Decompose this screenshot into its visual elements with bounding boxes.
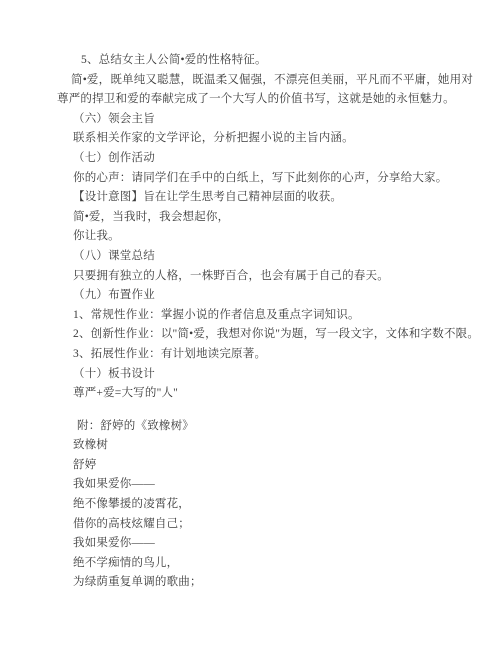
document-line: 你让我。 — [57, 227, 472, 247]
document-line: 简•爱，当我时，我会想起你， — [57, 208, 472, 228]
document-line: 绝不学痴情的鸟儿， — [57, 554, 472, 574]
document-line: （七）创作活动 — [57, 149, 472, 169]
document-line: 我如果爱你—— — [57, 534, 472, 554]
document-line: 附：舒婷的《致橡树》 — [57, 417, 472, 437]
blank-line — [57, 404, 472, 417]
document-line: 尊严的捍卫和爱的奉献完成了一个大写人的价值书写，这就是她的永恒魅力。 — [57, 90, 472, 110]
document-line: 5、总结女主人公简•爱的性格特征。 — [57, 51, 472, 71]
document-line: 联系相关作家的文学评论，分析把握小说的主旨内涵。 — [57, 129, 472, 149]
document-line: 只要拥有独立的人格，一株野百合，也会有属于自己的春天。 — [57, 267, 472, 287]
document-line: 绝不像攀援的凌霄花， — [57, 495, 472, 515]
document-line: 3、拓展性作业：有计划地读完原著。 — [57, 345, 472, 365]
document-line: （十）板书设计 — [57, 365, 472, 385]
document-line: （六）领会主旨 — [57, 110, 472, 130]
document-line: （八）课堂总结 — [57, 247, 472, 267]
document-page: 5、总结女主人公简•爱的性格特征。简•爱，既单纯又聪慧，既温柔又倔强，不漂亮但美… — [0, 0, 500, 647]
document-line: 2、创新性作业：以"简•爱，我想对你说"为题，写一段文字，文体和字数不限。 — [57, 325, 472, 345]
document-lines: 5、总结女主人公简•爱的性格特征。简•爱，既单纯又聪慧，既温柔又倔强，不漂亮但美… — [57, 51, 472, 593]
document-line: 1、常规性作业：掌握小说的作者信息及重点字词知识。 — [57, 306, 472, 326]
document-line: 舒婷 — [57, 456, 472, 476]
document-line: （九）布置作业 — [57, 286, 472, 306]
document-line: 你的心声：请同学们在手中的白纸上，写下此刻你的心声，分享给大家。 — [57, 169, 472, 189]
document-line: 借你的高枝炫耀自己； — [57, 515, 472, 535]
document-line: 尊严+爱=大写的"人" — [57, 384, 472, 404]
document-line: 【设计意图】旨在让学生思考自己精神层面的收获。 — [57, 188, 472, 208]
document-line: 致橡树 — [57, 436, 472, 456]
document-line: 为绿荫重复单调的歌曲； — [57, 573, 472, 593]
document-line: 我如果爱你—— — [57, 475, 472, 495]
document-line: 简•爱，既单纯又聪慧，既温柔又倔强，不漂亮但美丽，平凡而不平庸，她用对 — [57, 71, 472, 91]
